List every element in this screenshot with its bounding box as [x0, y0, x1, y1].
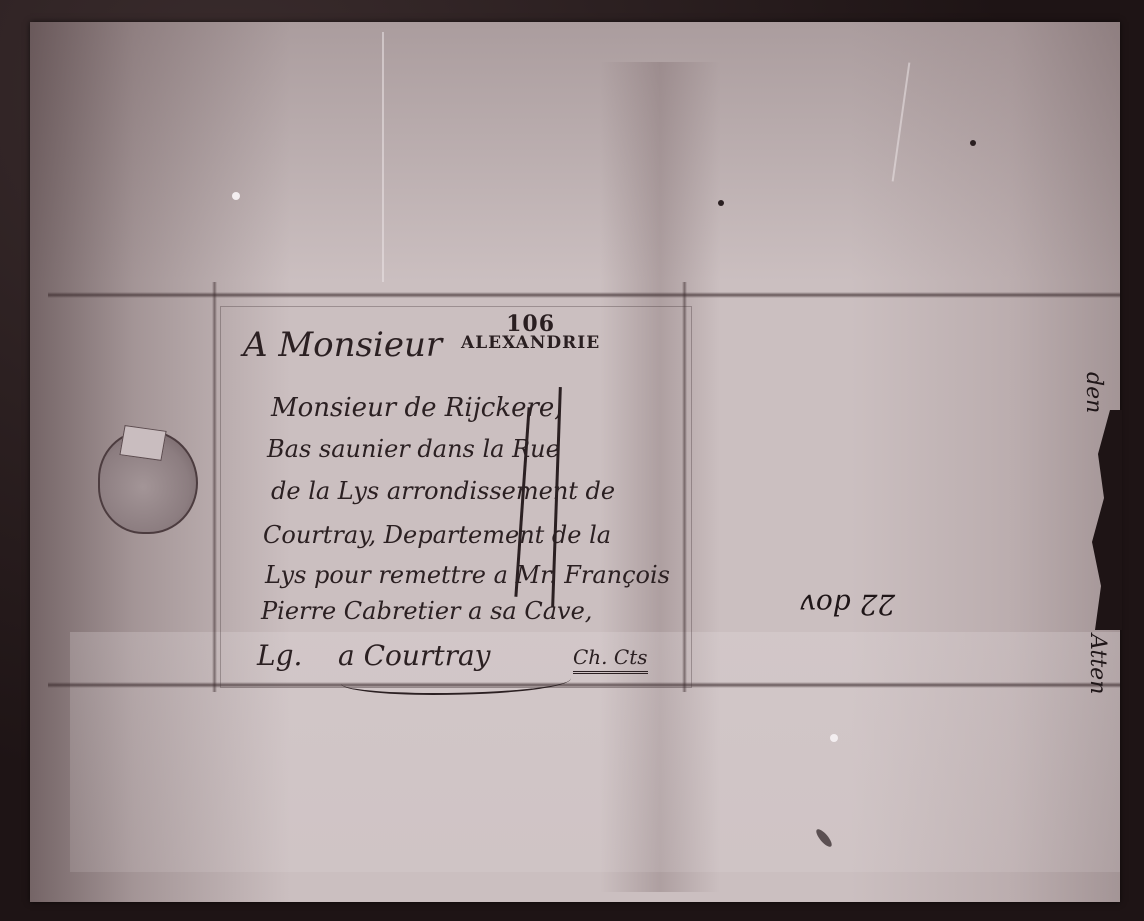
paper-shading-right — [850, 22, 1120, 902]
ink-flourish — [341, 667, 571, 695]
dust-speck — [232, 192, 240, 200]
ink-spot — [970, 140, 976, 146]
paper-crease — [382, 32, 384, 282]
address-line: A Monsieur — [243, 325, 442, 365]
edge-note-top: den — [1081, 372, 1106, 413]
paper-shading-top — [30, 22, 1120, 282]
address-line: Lys pour remettre a Mr. François — [265, 561, 670, 589]
wax-seal — [98, 430, 198, 534]
postmark-number: 106 — [461, 313, 600, 335]
dust-speck — [830, 734, 838, 742]
inverted-note: 22 dov — [800, 588, 895, 621]
torn-edge — [1092, 410, 1122, 630]
address-line: Monsieur de Rijckere, — [271, 393, 563, 423]
address-line: de la Lys arrondissement de — [271, 477, 615, 505]
seal-chip — [119, 425, 166, 461]
postmark-town: ALEXANDRIE — [461, 335, 600, 352]
postmark-stamp: 106 ALEXANDRIE — [461, 313, 600, 352]
letter-sheet: 106 ALEXANDRIE A Monsieur Monsieur de Ri… — [30, 22, 1120, 902]
fold-line-left — [212, 282, 217, 692]
address-line: Courtray, Departement de la — [263, 521, 611, 549]
postage-charges: Ch. Cts — [573, 645, 648, 674]
address-prefix: Lg. — [257, 639, 302, 672]
address-panel: 106 ALEXANDRIE A Monsieur Monsieur de Ri… — [220, 306, 692, 688]
fold-line-top — [48, 292, 1120, 298]
ink-spot — [814, 827, 834, 849]
address-line: Pierre Cabretier a sa Cave, — [261, 597, 592, 625]
edge-note-bottom: Atten — [1085, 634, 1110, 694]
paper-crease — [892, 62, 911, 181]
address-line: Bas saunier dans la Rue — [267, 435, 560, 463]
ink-spot — [718, 200, 724, 206]
